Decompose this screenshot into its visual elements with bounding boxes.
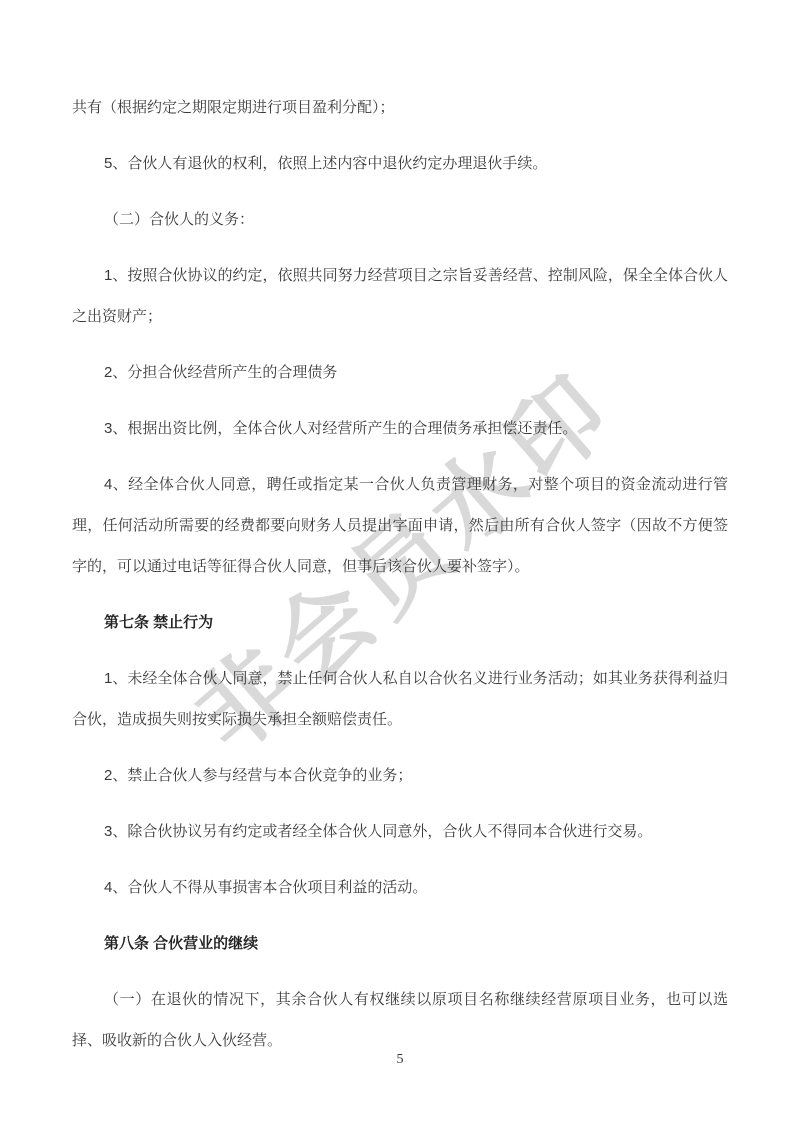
paragraph-continuation: 共有（根据约定之期限定期进行项目盈利分配）； (72, 87, 728, 128)
paragraph-prohibition-4: 4、合伙人不得从事损害本合伙项目利益的活动。 (72, 867, 728, 908)
paragraph-duty-4: 4、经全体合伙人同意，聘任或指定某一合伙人负责管理财务，对整个项目的资金流动进行… (72, 464, 728, 587)
page-number: 5 (397, 1052, 404, 1067)
paragraph-subsection-2-title: （二）合伙人的义务： (72, 199, 728, 240)
paragraph-item-5: 5、合伙人有退伙的权利，依照上述内容中退伙约定办理退伙手续。 (72, 143, 728, 184)
article-8-heading: 第八条 合伙营业的继续 (72, 923, 728, 964)
paragraph-prohibition-3: 3、除合伙协议另有约定或者经全体合伙人同意外，合伙人不得同本合伙进行交易。 (72, 811, 728, 852)
page-footer: 5 (0, 1050, 800, 1068)
paragraph-duty-1: 1、按照合伙协议的约定，依照共同努力经营项目之宗旨妥善经营、控制风险，保全全体合… (72, 255, 728, 337)
paragraph-prohibition-1: 1、未经全体合伙人同意，禁止任何合伙人私自以合伙名义进行业务活动；如其业务获得利… (72, 658, 728, 740)
document-body: 共有（根据约定之期限定期进行项目盈利分配）； 5、合伙人有退伙的权利，依照上述内… (0, 0, 800, 1061)
document-page: 非会员水印 共有（根据约定之期限定期进行项目盈利分配）； 5、合伙人有退伙的权利… (0, 0, 800, 1131)
paragraph-duty-3: 3、根据出资比例，全体合伙人对经营所产生的合理债务承担偿还责任。 (72, 408, 728, 449)
article-7-heading: 第七条 禁止行为 (72, 602, 728, 643)
paragraph-duty-2: 2、分担合伙经营所产生的合理债务 (72, 352, 728, 393)
paragraph-continuation-of-business-1: （一）在退伙的情况下，其余合伙人有权继续以原项目名称继续经营原项目业务，也可以选… (72, 979, 728, 1061)
paragraph-prohibition-2: 2、禁止合伙人参与经营与本合伙竞争的业务； (72, 755, 728, 796)
